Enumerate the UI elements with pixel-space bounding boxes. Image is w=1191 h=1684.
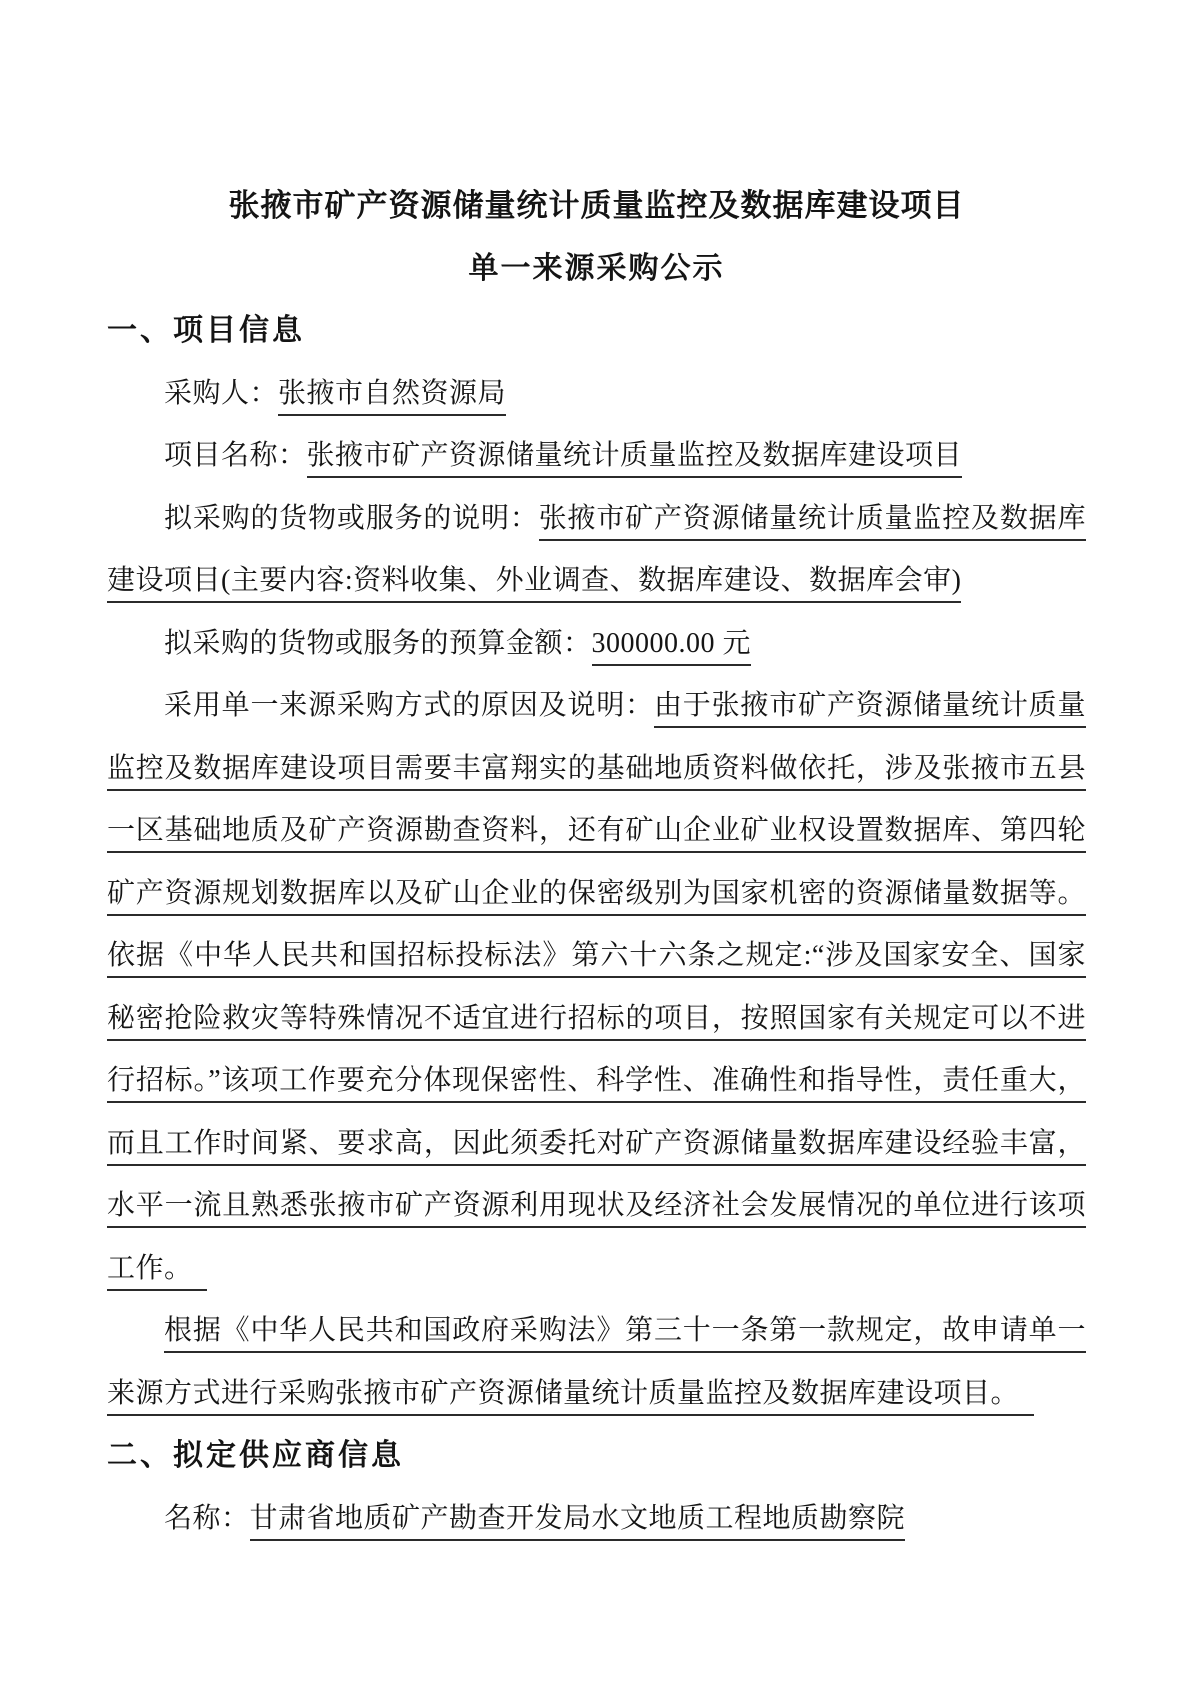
text-run: 张掖市矿产资源储量统计质量监控及数据库建设项目 (229, 188, 965, 223)
document-body: 张掖市矿产资源储量统计质量监控及数据库建设项目单一来源采购公示一、项目信息采购人… (107, 175, 1086, 1550)
text-line: 而且工作时间紧、要求高，因此须委托对矿产资源储量数据库建设经验丰富， (107, 1113, 1086, 1176)
text-line: 水平一流且熟悉张掖市矿产资源利用现状及经济社会发展情况的单位进行该项 (107, 1175, 1086, 1238)
underlined-value: 水平一流且熟悉张掖市矿产资源利用现状及经济社会发展情况的单位进行该项 (107, 1190, 1086, 1228)
underlined-value: 建设项目(主要内容:资料收集、外业调查、数据库建设、数据库会审) (107, 565, 961, 603)
section-heading: 二、拟定供应商信息 (107, 1425, 1086, 1488)
text-line: 依据《中华人民共和国招标投标法》第六十六条之规定:“涉及国家安全、国家 (107, 925, 1086, 988)
text-line: 秘密抢险救灾等特殊情况不适宜进行招标的项目，按照国家有关规定可以不进 (107, 988, 1086, 1051)
underlined-value: 张掖市矿产资源储量统计质量监控及数据库 (539, 503, 1086, 541)
underlined-value: 依据《中华人民共和国招标投标法》第六十六条之规定:“涉及国家安全、国家 (107, 940, 1086, 978)
text-run: 拟采购的货物或服务的预算金额： (164, 628, 592, 659)
underlined-value: 秘密抢险救灾等特殊情况不适宜进行招标的项目，按照国家有关规定可以不进 (107, 1003, 1086, 1041)
text-line: 项目名称：张掖市矿产资源储量统计质量监控及数据库建设项目 (107, 425, 1086, 488)
text-line: 工作。 (107, 1238, 1086, 1301)
text-run: 二、拟定供应商信息 (107, 1439, 404, 1472)
text-line: 一区基础地质及矿产资源勘查资料，还有矿山企业矿业权设置数据库、第四轮 (107, 800, 1086, 863)
underlined-value: 甘肃省地质矿产勘查开发局水文地质工程地质勘察院 (250, 1503, 906, 1541)
text-line: 采用单一来源采购方式的原因及说明：由于张掖市矿产资源储量统计质量 (107, 675, 1086, 738)
text-run: 采用单一来源采购方式的原因及说明： (164, 690, 654, 721)
text-line: 矿产资源规划数据库以及矿山企业的保密级别为国家机密的资源储量数据等。 (107, 863, 1086, 926)
underlined-value: 张掖市矿产资源储量统计质量监控及数据库建设项目 (307, 440, 963, 478)
text-line: 行招标。”该项工作要充分体现保密性、科学性、准确性和指导性，责任重大， (107, 1050, 1086, 1113)
underlined-value: 来源方式进行采购张掖市矿产资源储量统计质量监控及数据库建设项目。 (107, 1378, 1034, 1416)
text-line: 拟采购的货物或服务的说明：张掖市矿产资源储量统计质量监控及数据库 (107, 488, 1086, 551)
text-run: 单一来源采购公示 (469, 252, 725, 285)
doc-title: 张掖市矿产资源储量统计质量监控及数据库建设项目 (107, 175, 1086, 238)
section-heading: 一、项目信息 (107, 300, 1086, 363)
text-line: 采购人：张掖市自然资源局 (107, 363, 1086, 426)
text-line: 名称：甘肃省地质矿产勘查开发局水文地质工程地质勘察院 (107, 1488, 1086, 1551)
underlined-value: 监控及数据库建设项目需要丰富翔实的基础地质资料做依托，涉及张掖市五县 (107, 753, 1086, 791)
text-run: 一、项目信息 (107, 314, 305, 347)
text-run: 名称： (164, 1503, 250, 1534)
document-page: 张掖市矿产资源储量统计质量监控及数据库建设项目单一来源采购公示一、项目信息采购人… (0, 0, 1191, 1684)
underlined-value: 一区基础地质及矿产资源勘查资料，还有矿山企业矿业权设置数据库、第四轮 (107, 815, 1086, 853)
underlined-value: 张掖市自然资源局 (278, 378, 506, 416)
underlined-value: 300000.00 元 (592, 628, 752, 666)
text-line: 根据《中华人民共和国政府采购法》第三十一条第一款规定，故申请单一 (107, 1300, 1086, 1363)
underlined-value: 矿产资源规划数据库以及矿山企业的保密级别为国家机密的资源储量数据等。 (107, 878, 1086, 916)
underlined-value: 由于张掖市矿产资源储量统计质量 (654, 690, 1086, 728)
text-run: 项目名称： (164, 440, 307, 471)
text-line: 来源方式进行采购张掖市矿产资源储量统计质量监控及数据库建设项目。 (107, 1363, 1086, 1426)
text-line: 监控及数据库建设项目需要丰富翔实的基础地质资料做依托，涉及张掖市五县 (107, 738, 1086, 801)
text-line: 拟采购的货物或服务的预算金额：300000.00 元 (107, 613, 1086, 676)
text-run: 采购人： (164, 378, 278, 409)
underlined-value: 工作。 (107, 1253, 207, 1291)
text-line: 建设项目(主要内容:资料收集、外业调查、数据库建设、数据库会审) (107, 550, 1086, 613)
underlined-value: 行招标。”该项工作要充分体现保密性、科学性、准确性和指导性，责任重大， (107, 1065, 1086, 1103)
underlined-value: 根据《中华人民共和国政府采购法》第三十一条第一款规定，故申请单一 (164, 1315, 1086, 1353)
text-run: 拟采购的货物或服务的说明： (164, 503, 539, 534)
underlined-value: 而且工作时间紧、要求高，因此须委托对矿产资源储量数据库建设经验丰富， (107, 1128, 1086, 1166)
doc-subtitle: 单一来源采购公示 (107, 238, 1086, 301)
